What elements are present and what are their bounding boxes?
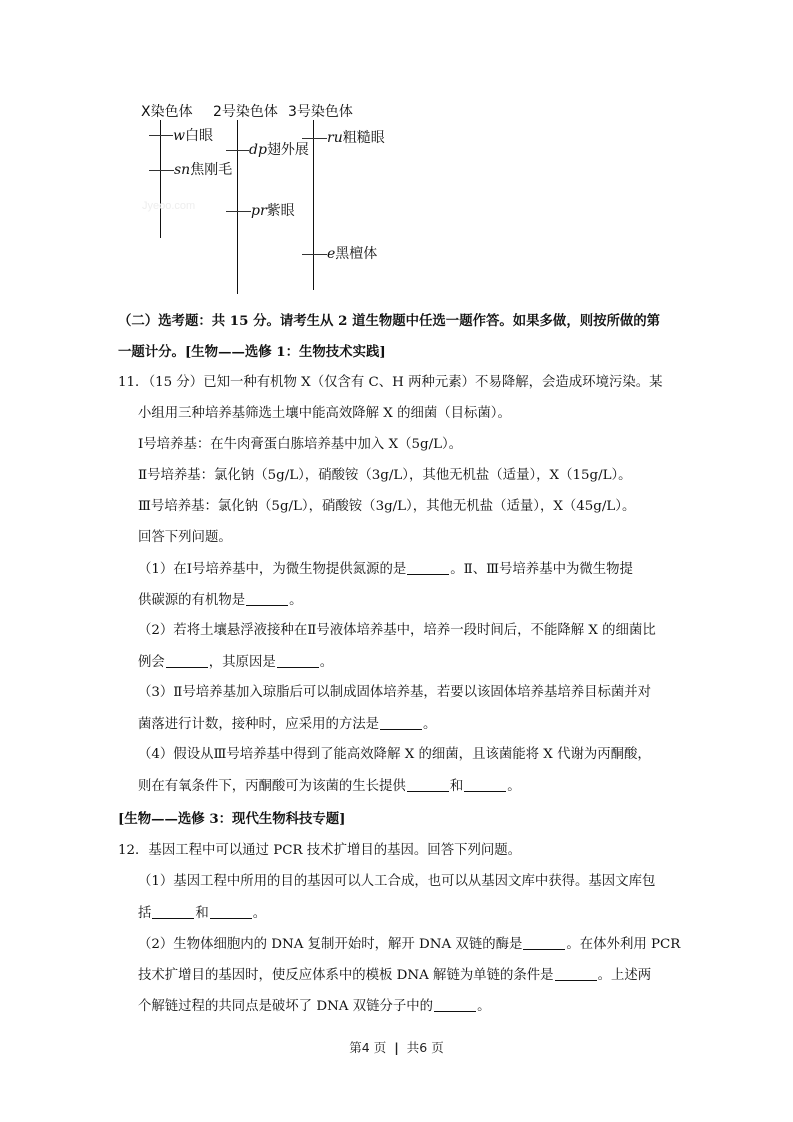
gene-tick [149, 135, 173, 136]
q11-part1-line2: 供碳源的有机物是。 [138, 591, 303, 610]
page-footer: 第4 页|共6 页 [0, 1038, 793, 1056]
q12-part2-line3: 个解链过程的共同点是破坏了 DNA 双链分子中的。 [138, 997, 490, 1016]
answer-blank[interactable] [464, 777, 506, 792]
q12-part2-line2: 技术扩增目的基因时，使反应体系中的模板 DNA 解链为单链的条件是。上述两 [138, 966, 651, 985]
q11-stem-line1: 11．（15 分）已知一种有机物 X（仅含有 C、H 两种元素）不易降解，会造成… [118, 374, 663, 392]
answer-blank[interactable] [407, 560, 449, 575]
answer-blank[interactable] [246, 591, 288, 606]
gene-pr: pr紫眼 [251, 203, 295, 219]
page-current: 第4 页 [349, 1040, 386, 1055]
answer-blank[interactable] [434, 997, 476, 1012]
q11-medium1: Ⅰ号培养基：在牛肉膏蛋白胨培养基中加入 X（5g/L）。 [138, 436, 462, 454]
q12-part2-line1: （2）生物体细胞内的 DNA 复制开始时，解开 DNA 双链的酶是。在体外利用 … [138, 935, 680, 954]
chromosome-3-label: 3号染色体 [288, 101, 353, 121]
gene-dp: dp翅外展 [249, 142, 309, 158]
answer-blank[interactable] [166, 653, 208, 668]
gene-w: w白眼 [173, 128, 213, 144]
gene-tick [302, 254, 327, 255]
q11-part4-line2: 则在有氧条件下，丙酮酸可为该菌的生长提供和。 [138, 777, 521, 796]
chromosome-3-line [313, 120, 314, 290]
answer-blank[interactable] [555, 966, 597, 981]
chromosome-x-label: X染色体 [141, 101, 193, 121]
exam-page: X染色体 2号染色体 3号染色体 w白眼 sn焦刚毛 dp翅外展 pr紫眼 ru… [0, 0, 793, 1122]
page-total: 共6 页 [407, 1040, 444, 1055]
q12-stem: 12．基因工程中可以通过 PCR 技术扩增目的基因。回答下列问题。 [118, 842, 521, 860]
q11-medium2: Ⅱ号培养基：氯化钠（5g/L），硝酸铵（3g/L），其他无机盐（适量），X（15… [138, 467, 632, 485]
answer-blank[interactable] [380, 715, 422, 730]
gene-tick [226, 150, 249, 151]
answer-blank[interactable] [152, 904, 194, 919]
answer-blank[interactable] [407, 777, 449, 792]
q11-medium3: Ⅲ号培养基：氯化钠（5g/L），硝酸铵（3g/L），其他无机盐（适量），X（45… [138, 498, 635, 516]
q11-part2-line1: （2）若将土壤悬浮液接种在Ⅱ号液体培养基中，培养一段时间后，不能降解 X 的细菌… [138, 622, 656, 640]
q11-part3-line2: 菌落进行计数，接种时，应采用的方法是。 [138, 715, 436, 734]
chromosome-x-line [160, 120, 161, 238]
chromosome-2-line [237, 120, 238, 294]
section-heading-line2: 一题计分。[生物——选修 1：生物技术实践] [118, 343, 386, 361]
gene-ru: ru粗糙眼 [327, 130, 385, 146]
watermark: Jyeoo.com [142, 200, 195, 212]
q11-stem-line2: 小组用三种培养基筛选土壤中能高效降解 X 的细菌（目标菌）。 [138, 405, 511, 423]
answer-blank[interactable] [277, 653, 319, 668]
q11-part4-line1: （4）假设从Ⅲ号培养基中得到了能高效降解 X 的细菌，且该菌能将 X 代谢为丙酮… [138, 746, 651, 764]
q11-part3-line1: （3）Ⅱ号培养基加入琼脂后可以制成固体培养基，若要以该固体培养基培养目标菌并对 [138, 684, 651, 702]
q11-prompt: 回答下列问题。 [138, 529, 232, 547]
gene-e: e黑檀体 [327, 246, 377, 262]
chromosome-gene-map: X染色体 2号染色体 3号染色体 w白眼 sn焦刚毛 dp翅外展 pr紫眼 ru… [0, 0, 793, 300]
q12-part1-line1: （1）基因工程中所用的目的基因可以人工合成，也可以从基因文库中获得。基因文库包 [138, 873, 655, 891]
q11-part2-line2: 例会，其原因是。 [138, 653, 333, 672]
gene-tick [226, 211, 251, 212]
gene-tick [149, 170, 174, 171]
gene-sn: sn焦刚毛 [174, 162, 232, 178]
q11-part1-line1: （1）在Ⅰ号培养基中，为微生物提供氮源的是。Ⅱ、Ⅲ号培养基中为微生物提 [138, 560, 633, 579]
gene-tick [302, 138, 327, 139]
chromosome-2-label: 2号染色体 [213, 101, 278, 121]
section-heading-line1: （二）选考题：共 15 分。请考生从 2 道生物题中任选一题作答。如果多做，则按… [118, 312, 660, 330]
elective3-heading: [生物——选修 3：现代生物科技专题] [118, 810, 346, 828]
answer-blank[interactable] [210, 904, 252, 919]
answer-blank[interactable] [523, 935, 565, 950]
q12-part1-line2: 括和。 [138, 904, 266, 923]
page-separator: | [394, 1040, 399, 1055]
